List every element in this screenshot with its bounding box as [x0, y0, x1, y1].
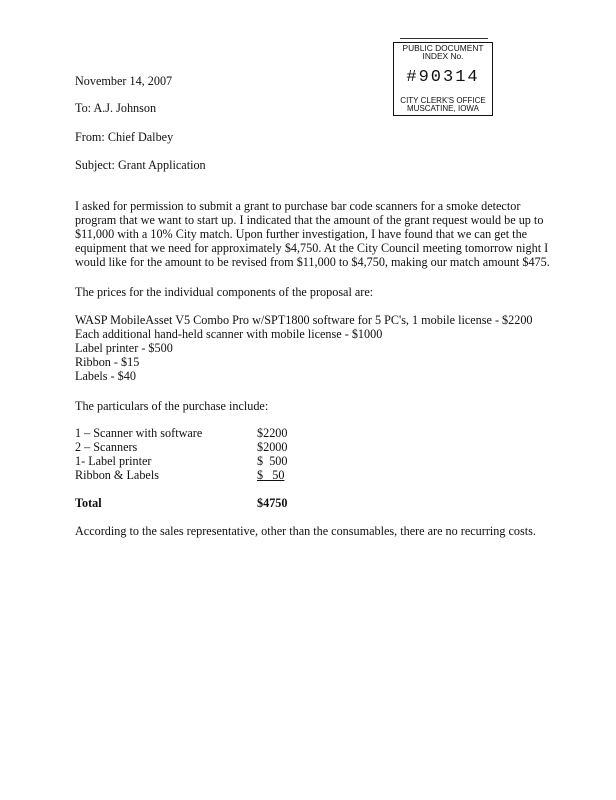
prices-intro: The prices for the individual components…	[75, 285, 373, 299]
total-amount: $4750	[257, 496, 287, 510]
particulars-amount: $ 500	[257, 454, 287, 468]
price-item: Labels - $40	[75, 369, 545, 383]
stamp-index-number: #90314	[394, 69, 492, 87]
memo-date: November 14, 2007	[75, 74, 172, 88]
particulars-row: 1- Label printer $ 500	[75, 454, 315, 468]
memo-subject: Subject: Grant Application	[75, 158, 206, 172]
paragraph-line: program that we want to start up. I indi…	[75, 213, 545, 227]
price-list: WASP MobileAsset V5 Combo Pro w/SPT1800 …	[75, 313, 545, 383]
particulars-item: 1- Label printer	[75, 454, 151, 468]
body-paragraph: I asked for permission to submit a grant…	[75, 199, 545, 269]
paragraph-line: would like for the amount to be revised …	[75, 255, 545, 269]
total-label: Total	[75, 496, 102, 510]
closing-statement: According to the sales representative, o…	[75, 524, 536, 538]
paragraph-line: $11,000 with a 10% City match. Upon furt…	[75, 227, 545, 241]
particulars-item: Ribbon & Labels	[75, 468, 159, 482]
particulars-item: 2 – Scanners	[75, 440, 137, 454]
total-row: Total $4750	[75, 496, 315, 510]
stamp-divider	[400, 38, 488, 39]
particulars-intro: The particulars of the purchase include:	[75, 399, 268, 413]
particulars-row: 1 – Scanner with software $2200	[75, 426, 315, 440]
particulars-amount: $ 50	[257, 468, 284, 482]
price-item: Ribbon - $15	[75, 355, 545, 369]
stamp-index-label: INDEX No.	[394, 52, 492, 61]
paragraph-line: equipment that we need for approximately…	[75, 241, 545, 255]
public-document-stamp: PUBLIC DOCUMENT INDEX No. #90314 CITY CL…	[393, 42, 493, 116]
particulars-row: 2 – Scanners $2000	[75, 440, 315, 454]
price-item: Label printer - $500	[75, 341, 545, 355]
particulars-row: Ribbon & Labels $ 50	[75, 468, 315, 482]
paragraph-line: I asked for permission to submit a grant…	[75, 199, 545, 213]
memo-from: From: Chief Dalbey	[75, 130, 173, 144]
memo-to: To: A.J. Johnson	[75, 101, 156, 115]
particulars-amount: $2200	[257, 426, 287, 440]
particulars-item: 1 – Scanner with software	[75, 426, 202, 440]
stamp-location: MUSCATINE, IOWA	[394, 105, 492, 113]
particulars-amount: $2000	[257, 440, 287, 454]
price-item: WASP MobileAsset V5 Combo Pro w/SPT1800 …	[75, 313, 545, 327]
price-item: Each additional hand-held scanner with m…	[75, 327, 545, 341]
